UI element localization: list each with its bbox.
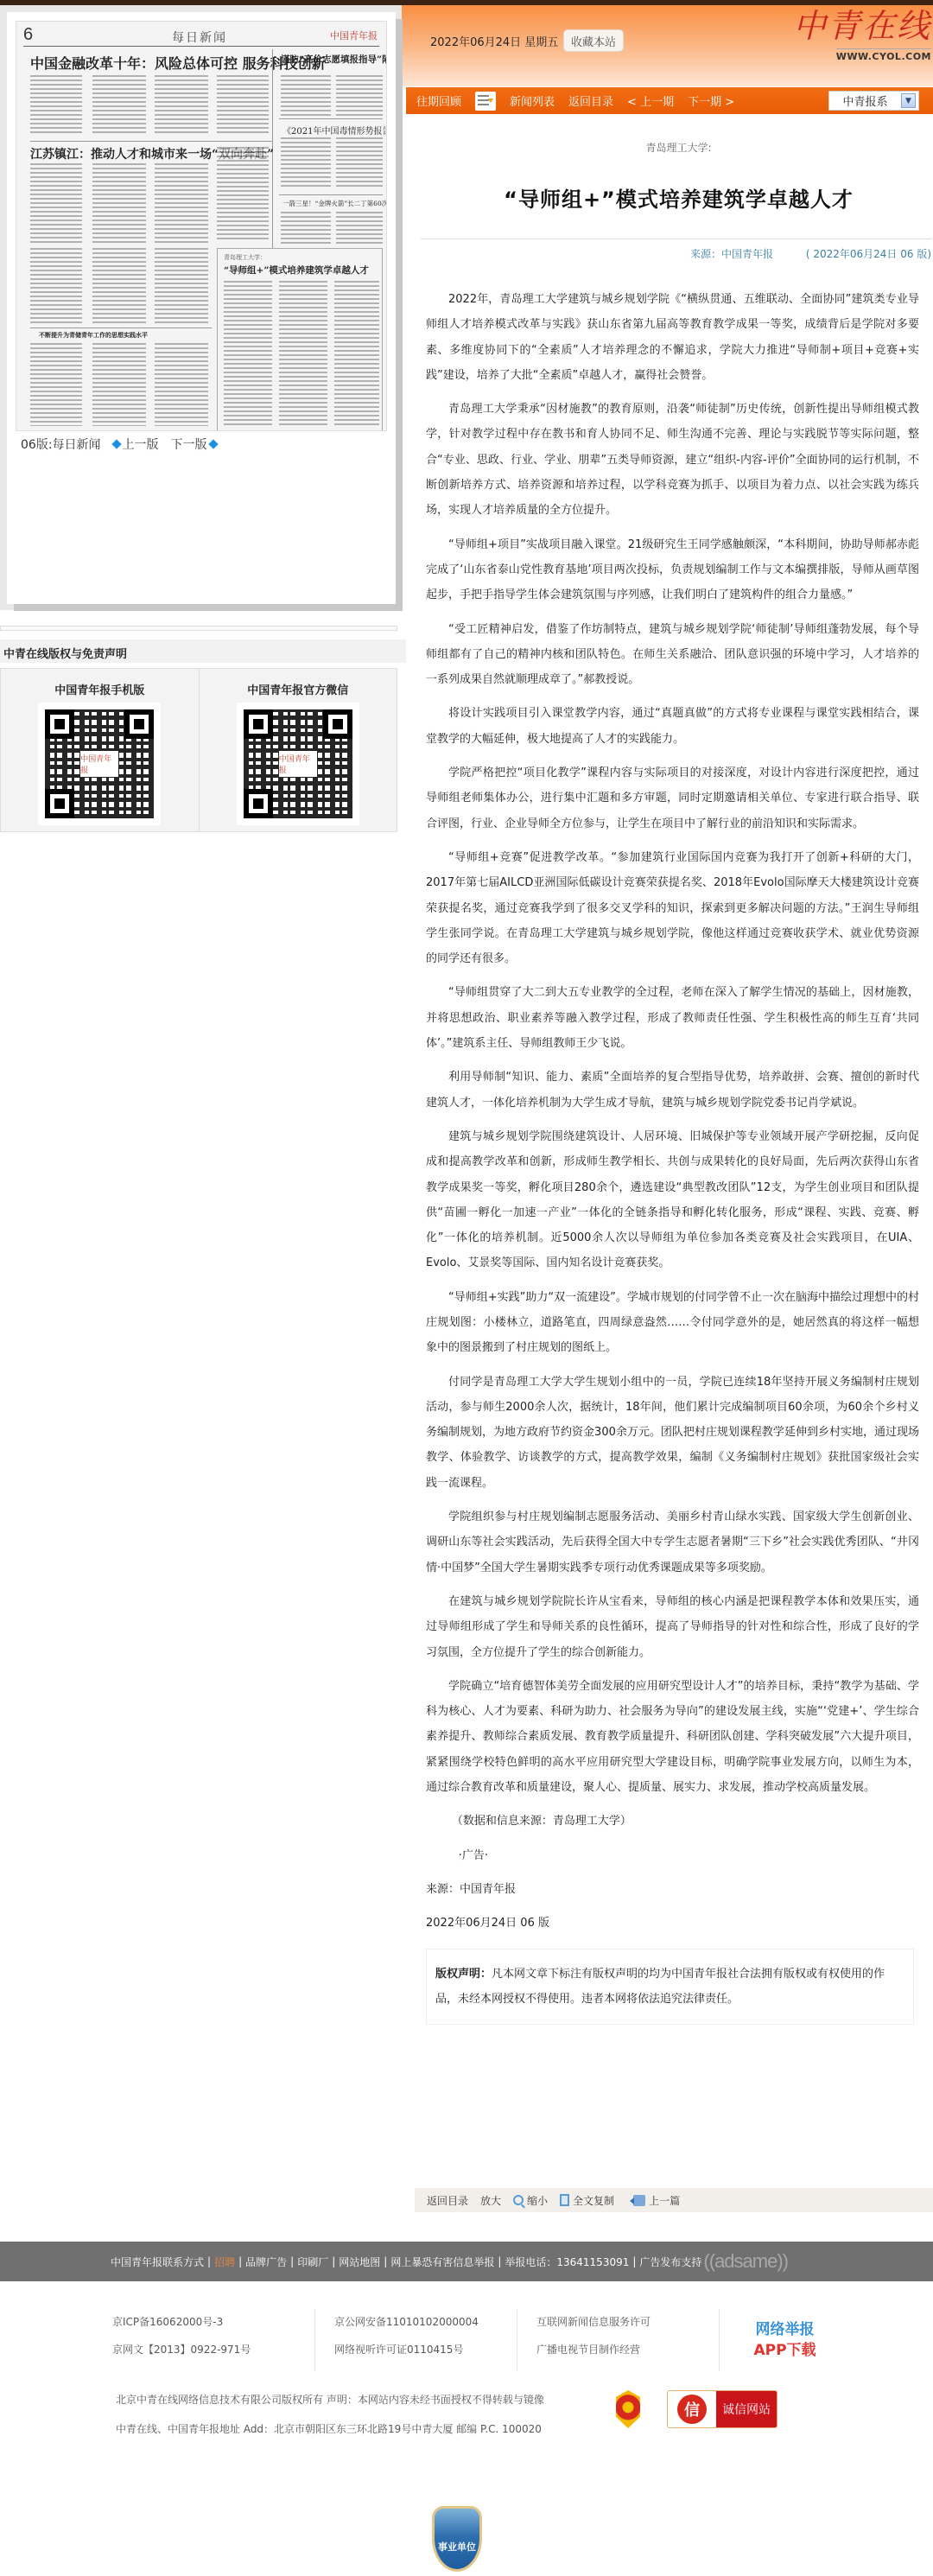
article-tools: 返回目录 放大 缩小 全文复制 上一篇	[415, 2188, 933, 2212]
text-column	[155, 248, 208, 324]
text-column	[92, 248, 146, 324]
article-meta: 来源：中国青年报 ( 2022年06月24日 06 版)	[426, 246, 931, 261]
news-list-link[interactable]: 新闻列表	[510, 92, 555, 109]
footer-link-jobs[interactable]: 招聘	[214, 2255, 235, 2269]
copyright-label: 版权声明：	[435, 1968, 492, 1981]
paragraph: 利用导师制“知识、能力、素质”全面培养的复合型指导优势，培养敢拼、会赛、擅创的新…	[426, 1065, 919, 1116]
license-column: 京公网安备11010102000004 网络视听许可证0110415号	[314, 2309, 517, 2371]
paragraph: “导师组贯穿了大二到大五专业教学的全过程，老师在深入了解学生情况的基础上，因材施…	[426, 980, 919, 1056]
text-column	[30, 343, 82, 426]
paper-kicker: 青岛理工大学：	[224, 253, 266, 262]
site-logo[interactable]: 中青在线 WWW.CYOL.COM	[777, 7, 931, 69]
text-column	[92, 343, 146, 426]
license-item[interactable]: 京ICP备16062000号-3	[112, 2312, 314, 2340]
report-app-line1: 网络举报	[756, 2319, 815, 2340]
text-column	[92, 163, 146, 243]
bookmark-site-button[interactable]: 收藏本站	[563, 29, 624, 52]
newspaper-page-image[interactable]: 6 每日新闻 中国青年报 中国金融改革十年：风险总体可控 服务科技创新 谨防“高…	[16, 21, 387, 431]
paragraph: “受工匠精神启发，借鉴了作坊制特点，建筑与城乡规划学院‘师徒制’导师组蓬勃发展，…	[426, 617, 919, 693]
newspaper-page-panel: 6 每日新闻 中国青年报 中国金融改革十年：风险总体可控 服务科技创新 谨防“高…	[7, 12, 396, 604]
text-column	[281, 137, 331, 189]
text-column	[217, 147, 269, 242]
paragraph: 建筑与城乡规划学院围绕建筑设计、人居环境、旧城保护等专业领域开展产学研挖掘，反向…	[426, 1124, 919, 1276]
article-body: 2022年，青岛理工大学建筑与城乡规划学院《“横纵贯通、五维联动、全面协同”建筑…	[426, 287, 931, 2025]
article-source: 来源：中国青年报	[690, 248, 773, 260]
next-edition-link[interactable]: 下一版	[171, 436, 217, 453]
section-rule	[279, 194, 383, 195]
back-to-index-link[interactable]: 返回目录	[568, 92, 613, 109]
logo-text: 中青在线	[777, 7, 931, 47]
footer-report-phone: 举报电话：13641153091	[505, 2255, 629, 2269]
adsame-logo[interactable]: ((adsame))	[703, 2250, 788, 2273]
logo-url: WWW.CYOL.COM	[836, 48, 931, 62]
public-institution-badge[interactable]: 事业单位	[432, 2506, 482, 2572]
footer-links: 中国青年报联系方式| 招聘| 品牌广告| 印刷厂| 网站地图| 网上暴恐有害信息…	[0, 2242, 933, 2281]
qr-mobile: 中国青年报手机版 中国青年报	[1, 669, 199, 831]
paragraph: 付同学是青岛理工大学大学生规划小组中的一员，学院已连续18年坚持开展义务编制村庄…	[426, 1370, 919, 1496]
archive-link[interactable]: 往期回顾	[416, 92, 461, 109]
qr-title: 中国青年报官方微信	[247, 681, 348, 697]
prev-edition-label: 上一版	[123, 436, 159, 453]
qr-code-image: 中国青年报	[237, 703, 359, 825]
zoom-out-icon	[513, 2195, 524, 2205]
footer-ad-support: 广告发布支持	[639, 2255, 701, 2269]
qr-logo: 中国青年报	[279, 751, 317, 777]
section-rule	[30, 141, 272, 142]
license-grid: 京ICP备16062000号-3 京网文【2013】0922-971号 京公网安…	[112, 2309, 831, 2371]
footer-link-printing[interactable]: 印刷厂	[297, 2255, 328, 2269]
footer-link-report[interactable]: 网上暴恐有害信息举报	[390, 2255, 494, 2269]
paper-headline[interactable]: 《2021年中国毒情形势报告》发布	[282, 124, 387, 137]
text-column	[279, 281, 327, 426]
article-title: “导师组+”模式培养建筑学卓越人才	[426, 182, 931, 213]
qr-code-image: 中国青年报	[38, 703, 161, 825]
company-statement: 北京中青在线网络信息技术有限公司版权所有 声明：本网站内容未经书面授权不得转载与…	[116, 2385, 544, 2414]
copyright-notice: 版权声明：凡本网文章下标注有版权声明的均为中国青年报社合法拥有版权或有权使用的作…	[426, 1949, 914, 2025]
text-column	[336, 137, 383, 189]
text-column	[155, 75, 208, 136]
footer-copyright: 北京中青在线网络信息技术有限公司版权所有 声明：本网站内容未经书面授权不得转载与…	[116, 2385, 544, 2444]
paragraph: 青岛理工大学秉承“因材施教”的教育原则，沿袭“师徒制”历史传统，创新性提出导师组…	[426, 397, 919, 523]
text-column	[155, 163, 208, 243]
paragraph: 在建筑与城乡规划学院院长许从宝看来，导师组的核心内涵是把课程教学本体和效果压实，…	[426, 1589, 919, 1665]
shrink-button[interactable]: 缩小	[513, 2193, 548, 2208]
credit-website-badge[interactable]: 信 诚信网站	[667, 2390, 777, 2428]
footer-link-contact[interactable]: 中国青年报联系方式	[111, 2255, 204, 2269]
paragraph: 将设计实践项目引入课堂教学内容，通过“真题真做”的方式将专业课程与课堂实践相结合…	[426, 701, 919, 752]
copy-icon	[560, 2194, 569, 2206]
license-item[interactable]: 京公网安备11010102000004	[334, 2312, 517, 2340]
page-number: 6	[23, 25, 33, 45]
text-column	[30, 75, 82, 136]
license-item[interactable]: 广播电视节目制作经营	[536, 2340, 719, 2368]
text-column	[336, 212, 383, 245]
footer-link-ads[interactable]: 品牌广告	[245, 2255, 287, 2269]
paragraph: 学院组织参与村庄规划编制志愿服务活动、美丽乡村青山绿水实践、国家级大学生创新创业…	[426, 1504, 919, 1581]
prev-article-icon	[633, 2195, 645, 2206]
paper-headline[interactable]: 不断提升为青储青年工作的思想实践水平	[39, 331, 148, 340]
gov-emblem-badge[interactable]	[616, 2390, 640, 2428]
text-column	[281, 212, 331, 245]
qr-logo: 中国青年报	[80, 751, 118, 777]
data-source-note: （数据和信息来源：青岛理工大学）	[426, 1809, 919, 1834]
copyright-disclaimer-link[interactable]: 中青在线版权与免责声明	[0, 639, 406, 663]
page-rule	[23, 46, 379, 47]
credit-label: 诚信网站	[716, 2391, 777, 2427]
section-rule	[279, 118, 383, 119]
article: 青岛理工大学: “导师组+”模式培养建筑学卓越人才 来源：中国青年报 ( 202…	[426, 130, 931, 2025]
paper-group-select[interactable]: 中青报系 ▼	[828, 91, 919, 111]
text-column	[217, 75, 269, 136]
license-column: 京ICP备16062000号-3 京网文【2013】0922-971号	[112, 2309, 314, 2371]
license-item[interactable]: 京网文【2013】0922-971号	[112, 2340, 314, 2368]
text-column	[224, 281, 272, 426]
edition-label: 06版:每日新闻	[21, 436, 101, 453]
paragraph: 学院确立“培育德智体美劳全面发展的应用研究型设计人才”的培养目标，秉持“教学为基…	[426, 1674, 919, 1800]
ad-label: ·广告·	[426, 1843, 919, 1868]
company-address: 中青在线、中国青年报地址 Add：北京市朝阳区东三环北路19号中青大厦 邮编 P…	[116, 2414, 544, 2444]
prev-issue-link[interactable]: < 上一期	[627, 92, 674, 109]
paragraph: 学院严格把控“项目化教学”课程内容与实际项目的对接深度，对设计内容进行深度把控，…	[426, 760, 919, 836]
current-date: 2022年06月24日 星期五	[430, 33, 558, 49]
text-column	[92, 75, 146, 136]
license-column: 互联网新闻信息服务许可 广播电视节目制作经营	[517, 2309, 719, 2371]
report-app-line2: APP下载	[753, 2340, 816, 2361]
text-column	[155, 343, 208, 426]
page-name: 每日新闻	[172, 29, 227, 46]
next-issue-link[interactable]: 下一期 >	[688, 92, 734, 109]
license-item[interactable]: 网络视听许可证0110415号	[334, 2340, 517, 2368]
text-column	[30, 163, 82, 243]
paragraph: “导师组+实践”助力“双一流建设”。学城市规划的付同学曾不止一次在脑海中描绘过理…	[426, 1285, 919, 1361]
report-app-download[interactable]: 网络举报 APP下载	[719, 2309, 831, 2371]
next-edition-label: 下一版	[171, 436, 207, 453]
paragraph: 2022年，青岛理工大学建筑与城乡规划学院《“横纵贯通、五维联动、全面协同”建筑…	[426, 287, 919, 388]
qr-finder	[244, 709, 273, 739]
paper-headline[interactable]: 一箭三星！“金牌火箭”长二丁第60次发射成功	[282, 199, 387, 208]
back-to-index-button[interactable]: 返回目录	[427, 2193, 468, 2208]
footer-source: 来源：中国青年报	[426, 1877, 919, 1902]
qr-wechat: 中国青年报官方微信 中国青年报	[199, 669, 397, 831]
paper-headline[interactable]: 谨防“高价志愿填报指导”陷阱	[281, 53, 387, 66]
enlarge-button[interactable]: 放大	[480, 2193, 501, 2208]
footer-date: 2022年06月24日 06 版	[426, 1911, 919, 1936]
page-logo: 中国青年报	[330, 29, 378, 42]
article-date: ( 2022年06月24日 06 版)	[806, 248, 931, 260]
paper-headline[interactable]: “导师组+”模式培养建筑学卓越人才	[224, 264, 369, 277]
credit-icon: 信	[677, 2395, 707, 2424]
calendar-list-icon[interactable]	[475, 92, 496, 111]
qr-finder	[45, 709, 74, 739]
prev-article-button[interactable]: 上一篇	[633, 2193, 680, 2208]
qr-title: 中国青年报手机版	[54, 681, 144, 697]
footer-link-sitemap[interactable]: 网站地图	[339, 2255, 380, 2269]
paragraph: “导师组+项目”实战项目融入课堂。21级研究生王同学感触颇深，“本科期间，协助导…	[426, 532, 919, 608]
qr-finder	[323, 709, 352, 739]
copy-all-button[interactable]: 全文复制	[560, 2193, 614, 2208]
qr-finder	[124, 709, 154, 739]
arrow-right-icon	[208, 439, 218, 448]
article-kicker: 青岛理工大学:	[426, 140, 931, 155]
paragraph: “导师组+竞赛”促进教学改革。“参加建筑行业国际国内竞赛为我打开了创新+科研的大…	[426, 845, 919, 971]
arrow-left-icon	[111, 439, 121, 448]
sidebar-divider	[0, 626, 397, 631]
text-column	[336, 75, 383, 117]
qr-code-panel: 中国青年报手机版 中国青年报 中国青年报官方微信 中国青年报	[0, 668, 397, 832]
issue-nav-bar: 往期回顾 新闻列表 返回目录 < 上一期 下一期 > 中青报系 ▼	[406, 87, 933, 114]
prev-edition-link[interactable]: 上一版	[113, 436, 159, 453]
edition-nav: 06版:每日新闻 上一版 下一版	[21, 436, 217, 453]
qr-finder	[45, 789, 74, 818]
select-value: 中青报系	[829, 92, 901, 109]
copyright-text: 凡本网文章下标注有版权声明的均为中国青年报社合法拥有版权或有权使用的作品，未经本…	[435, 1968, 885, 2006]
title-divider	[421, 239, 931, 239]
section-rule	[30, 328, 212, 328]
qr-finder	[244, 789, 273, 818]
text-column	[30, 248, 82, 324]
text-column	[334, 281, 379, 426]
chevron-down-icon: ▼	[901, 93, 916, 108]
text-column	[281, 75, 331, 117]
license-item[interactable]: 互联网新闻信息服务许可	[536, 2312, 719, 2340]
